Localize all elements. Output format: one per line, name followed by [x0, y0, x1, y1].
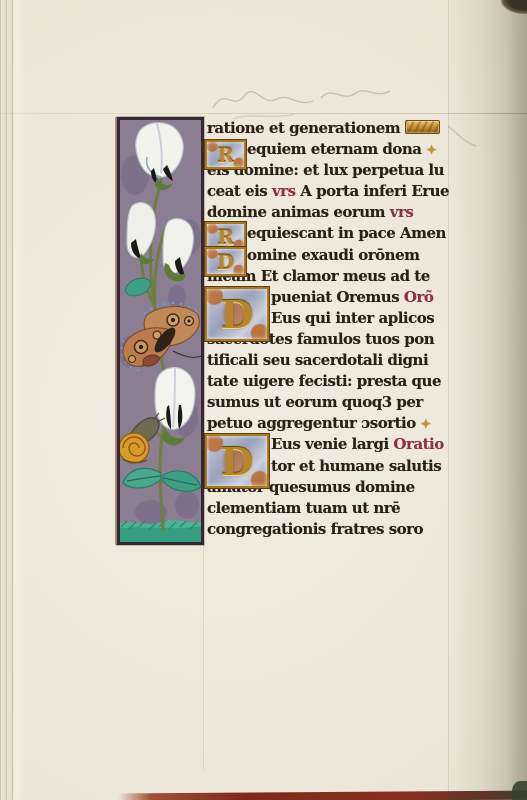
rubric-text: Orõ: [404, 288, 433, 306]
text-line: petuo aggregentur ɔsortio✦: [207, 413, 444, 434]
ghost-writing: [205, 76, 405, 124]
gold-fleuron-icon: ✦: [421, 417, 431, 431]
latin-text: congregationis fratres soro: [207, 520, 423, 538]
latin-text: A porta inferi Erue: [296, 182, 450, 200]
illuminated-initial: D: [205, 247, 246, 276]
text-line: congregationis fratres soro: [207, 519, 444, 540]
illuminated-initial: R: [205, 140, 246, 169]
rubric-text: Oratio: [393, 435, 443, 453]
latin-text: tate uigere fecisti: presta que: [207, 372, 441, 390]
gold-fleuron-icon: ✦: [427, 143, 437, 157]
bottom-book-edge: [118, 791, 527, 800]
latin-text: ceat eis: [207, 182, 272, 200]
latin-text: equiescant in pace Amen: [247, 224, 446, 242]
text-line: domine animas eorum vrs: [207, 202, 444, 223]
book-page-edges: [0, 0, 14, 800]
illuminated-initial: D: [205, 434, 269, 488]
gutter-shadow: [447, 0, 527, 800]
text-line: clementiam tuam ut nrē: [207, 498, 444, 519]
top-right-page-corner: [501, 0, 527, 14]
text-line: ceat eis vrs A porta inferi Erue: [207, 181, 444, 202]
latin-text: Eus qui inter aplicos: [271, 309, 434, 327]
ruling-line: [203, 545, 204, 770]
border-panel: [117, 117, 204, 545]
bottom-right-corner-blob: [512, 781, 527, 800]
text-line: tificali seu sacerdotali digni: [207, 350, 444, 371]
ground-illustration: [117, 520, 204, 545]
gold-line-filler: [405, 120, 440, 134]
latin-text: domine animas eorum: [207, 203, 390, 221]
manuscript-page: ratione et generationem equiem eternam d…: [0, 0, 527, 800]
latin-text: pueniat Oremus: [271, 288, 404, 306]
rubric-text: vrs: [390, 203, 414, 221]
illuminated-initial: D: [205, 287, 269, 341]
latin-text: petuo aggregentur ɔsortio: [207, 414, 416, 432]
text-line: sumus ut eorum quoq3 per: [207, 392, 444, 413]
latin-text: sumus ut eorum quoq3 per: [207, 393, 423, 411]
latin-text: equiem eternam dona: [247, 140, 422, 158]
latin-text: omine exaudi orōnem: [247, 246, 420, 264]
latin-text: ratione et generationem: [207, 119, 400, 137]
page-edge-highlight: [14, 0, 26, 800]
latin-text: Eus venie largi: [271, 435, 393, 453]
latin-text: tor et humane salutis: [271, 457, 441, 475]
text-line: ratione et generationem: [207, 118, 444, 139]
latin-text: tificali seu sacerdotali digni: [207, 351, 428, 369]
text-line: tate uigere fecisti: presta que: [207, 371, 444, 392]
latin-text: clementiam tuam ut nrē: [207, 499, 400, 517]
rubric-text: vrs: [272, 182, 296, 200]
